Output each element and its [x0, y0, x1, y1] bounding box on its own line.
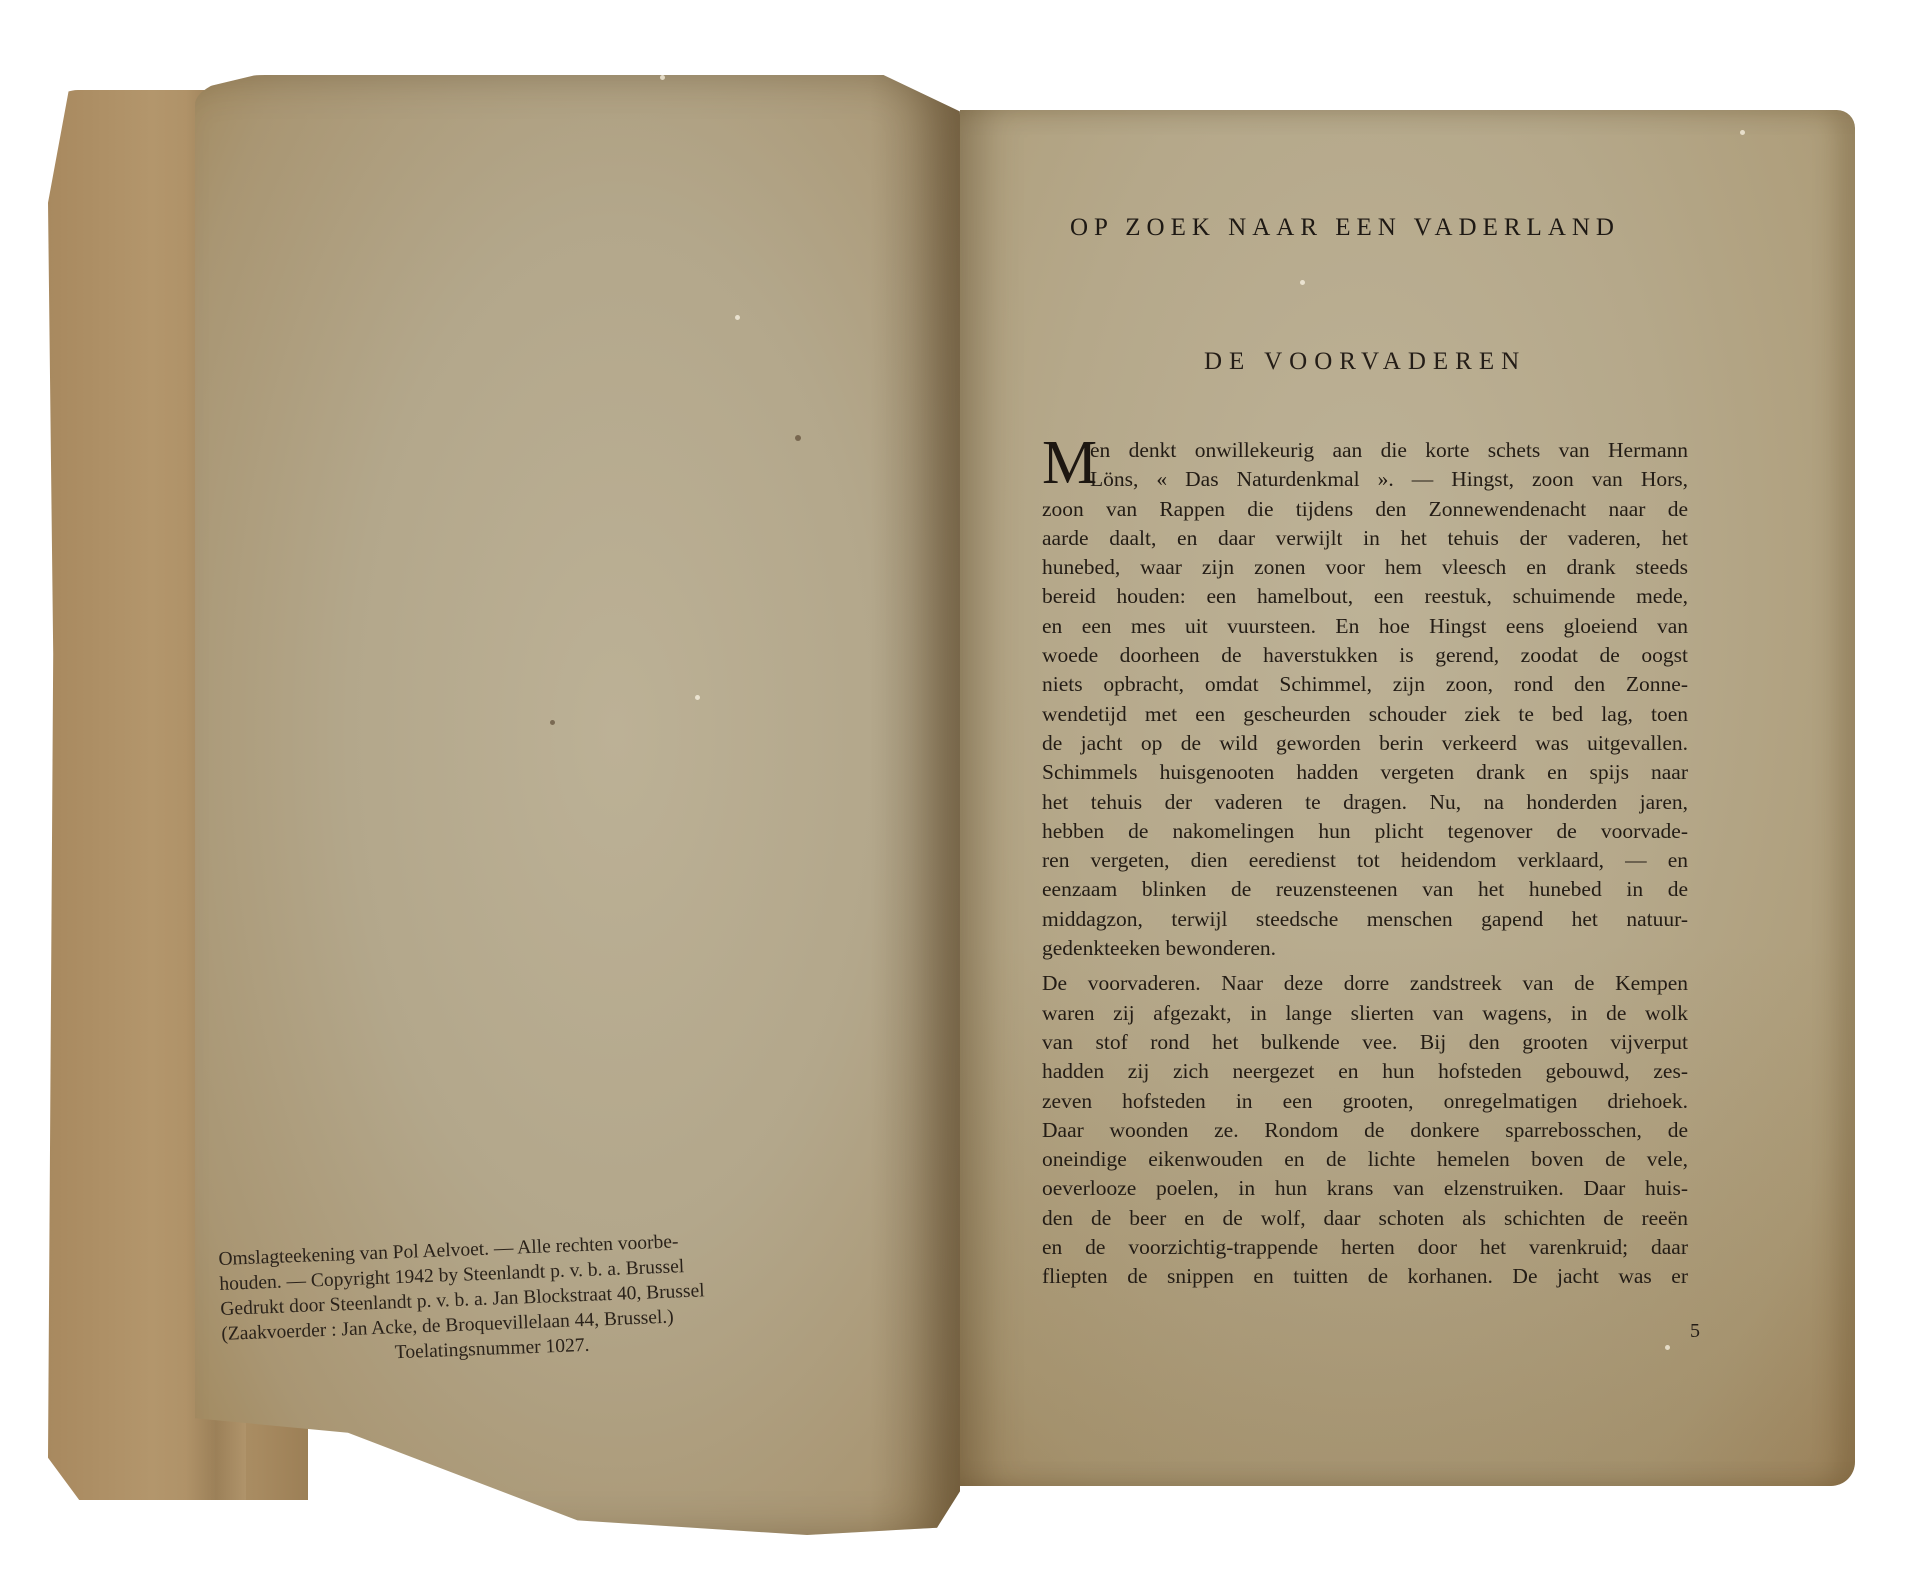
text-line: wendetijd met een gescheurden schouder z…	[1042, 700, 1688, 729]
text-line: hadden zij zich neergezet en hun hofsted…	[1042, 1057, 1688, 1086]
right-page: OP ZOEK NAAR EEN VADERLAND DE VOORVADERE…	[960, 110, 1855, 1486]
text-line: fliepten de snippen en tuitten de korhan…	[1042, 1262, 1688, 1291]
text-line: hebben de nakomelingen hun plicht tegeno…	[1042, 817, 1688, 846]
text-line: Daar woonden ze. Rondom de donkere sparr…	[1042, 1116, 1688, 1145]
text-line: woede doorheen de haverstukken is gerend…	[1042, 641, 1688, 670]
text-line: Löns, « Das Naturdenkmal ». — Hingst, zo…	[1042, 465, 1688, 494]
text-line: middagzon, terwijl steedsche menschen ga…	[1042, 905, 1688, 934]
text-line: oneindige eikenwouden en de lichte hemel…	[1042, 1145, 1688, 1174]
paper-speck	[1665, 1345, 1670, 1350]
text-line: hunebed, waar zijn zonen voor hem vleesc…	[1042, 553, 1688, 582]
text-line: zoon van Rappen die tijdens den Zonnewen…	[1042, 495, 1688, 524]
text-line: gedenkteeken bewonderen.	[1042, 934, 1688, 963]
page-number: 5	[1690, 1320, 1700, 1343]
paper-speck	[735, 315, 740, 320]
chapter-title: DE VOORVADEREN	[1204, 348, 1526, 376]
text-line: van stof rond het bulkende vee. Bij den …	[1042, 1028, 1688, 1057]
text-line: ren vergeten, dien eeredienst tot heiden…	[1042, 846, 1688, 875]
paper-speck	[660, 75, 665, 80]
text-line: De voorvaderen. Naar deze dorre zandstre…	[1042, 969, 1688, 998]
paper-speck	[1740, 130, 1745, 135]
paper-speck	[695, 695, 700, 700]
drop-cap: M	[1042, 434, 1097, 492]
text-line: oeverlooze poelen, in hun krans van elze…	[1042, 1174, 1688, 1203]
text-line: de jacht op de wild geworden berin verke…	[1042, 729, 1688, 758]
open-book-photo: Omslagteekening van Pol Aelvoet. — Alle …	[0, 0, 1920, 1582]
text-line: eenzaam blinken de reuzensteenen van het…	[1042, 875, 1688, 904]
text-line: en denkt onwillekeurig aan die korte sch…	[1042, 436, 1688, 465]
paragraph: M en denkt onwillekeurig aan die korte s…	[1042, 436, 1688, 963]
body-text: M en denkt onwillekeurig aan die korte s…	[1042, 436, 1688, 1292]
paper-speck	[1300, 280, 1305, 285]
text-line: en de voorzichtig-trappende herten door …	[1042, 1233, 1688, 1262]
text-line: en een mes uit vuursteen. En hoe Hingst …	[1042, 612, 1688, 641]
text-line: aarde daalt, en daar verwijlt in het teh…	[1042, 524, 1688, 553]
running-head: OP ZOEK NAAR EEN VADERLAND	[1070, 214, 1670, 242]
paper-spot	[795, 435, 801, 441]
paper-spot	[550, 720, 555, 725]
text-line: het tehuis der vaderen te dragen. Nu, na…	[1042, 788, 1688, 817]
colophon: Omslagteekening van Pol Aelvoet. — Alle …	[218, 1226, 762, 1372]
gutter-shadow	[870, 75, 960, 1535]
text-line: niets opbracht, omdat Schimmel, zijn zoo…	[1042, 670, 1688, 699]
text-line: Schimmels huisgenooten hadden vergeten d…	[1042, 758, 1688, 787]
paragraph: De voorvaderen. Naar deze dorre zandstre…	[1042, 969, 1688, 1291]
text-line: bereid houden: een hamelbout, een reestu…	[1042, 582, 1688, 611]
text-line: den de beer en de wolf, daar schoten als…	[1042, 1204, 1688, 1233]
text-line: zeven hofsteden in een grooten, onregelm…	[1042, 1087, 1688, 1116]
text-line: waren zij afgezakt, in lange slierten va…	[1042, 999, 1688, 1028]
